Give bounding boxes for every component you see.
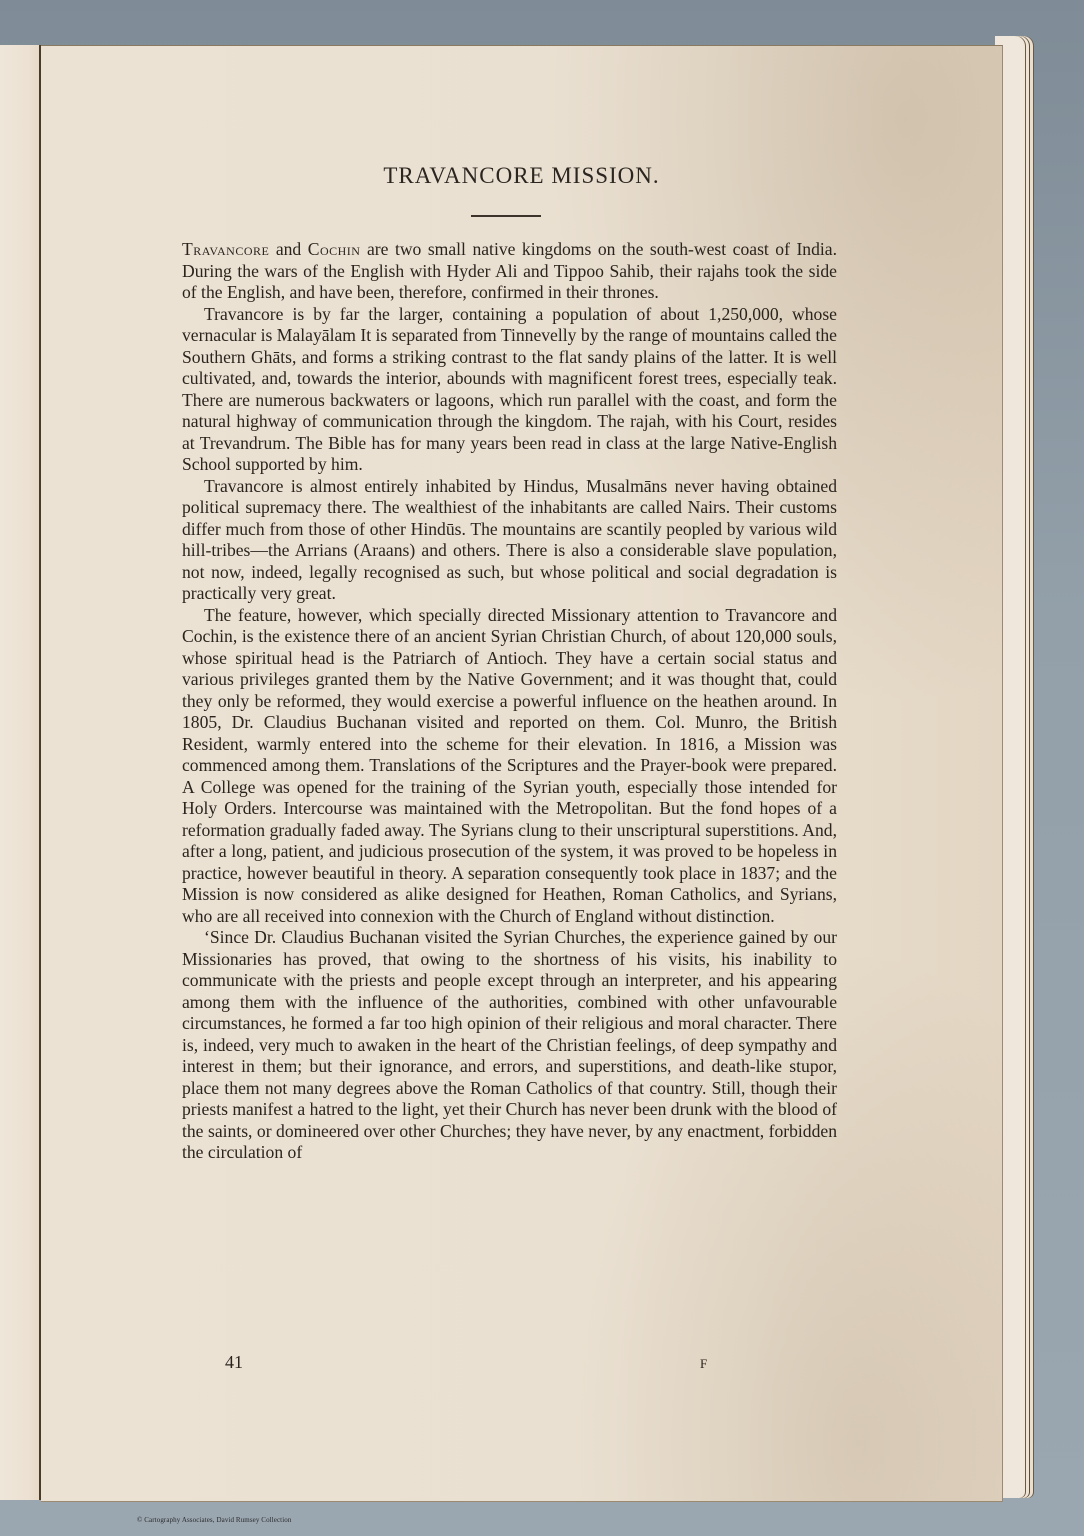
smallcaps-cochin: Cochin — [308, 239, 361, 259]
title-rule-divider — [471, 215, 541, 217]
paragraph-1: Travancore and Cochin are two small nati… — [182, 239, 837, 304]
facing-page-edge — [0, 45, 41, 1500]
paragraph-4: The feature, however, which specially di… — [182, 605, 837, 928]
paragraph-3: Travancore is almost entirely inhabited … — [182, 476, 837, 605]
smallcaps-travancore: Travancore — [182, 239, 269, 259]
signature-mark: F — [700, 1356, 707, 1372]
paragraph-1-lead-mid: and — [269, 239, 307, 259]
page-number: 41 — [225, 1352, 243, 1373]
copyright-notice: © Cartography Associates, David Rumsey C… — [137, 1516, 291, 1524]
paragraph-5: ‘Since Dr. Claudius Buchanan visited the… — [182, 927, 837, 1164]
paragraph-2: Travancore is by far the larger, contain… — [182, 304, 837, 476]
page-title: TRAVANCORE MISSION. — [41, 163, 1002, 189]
book-page: TRAVANCORE MISSION. Travancore and Cochi… — [41, 45, 1003, 1502]
body-text: Travancore and Cochin are two small nati… — [182, 239, 837, 1164]
